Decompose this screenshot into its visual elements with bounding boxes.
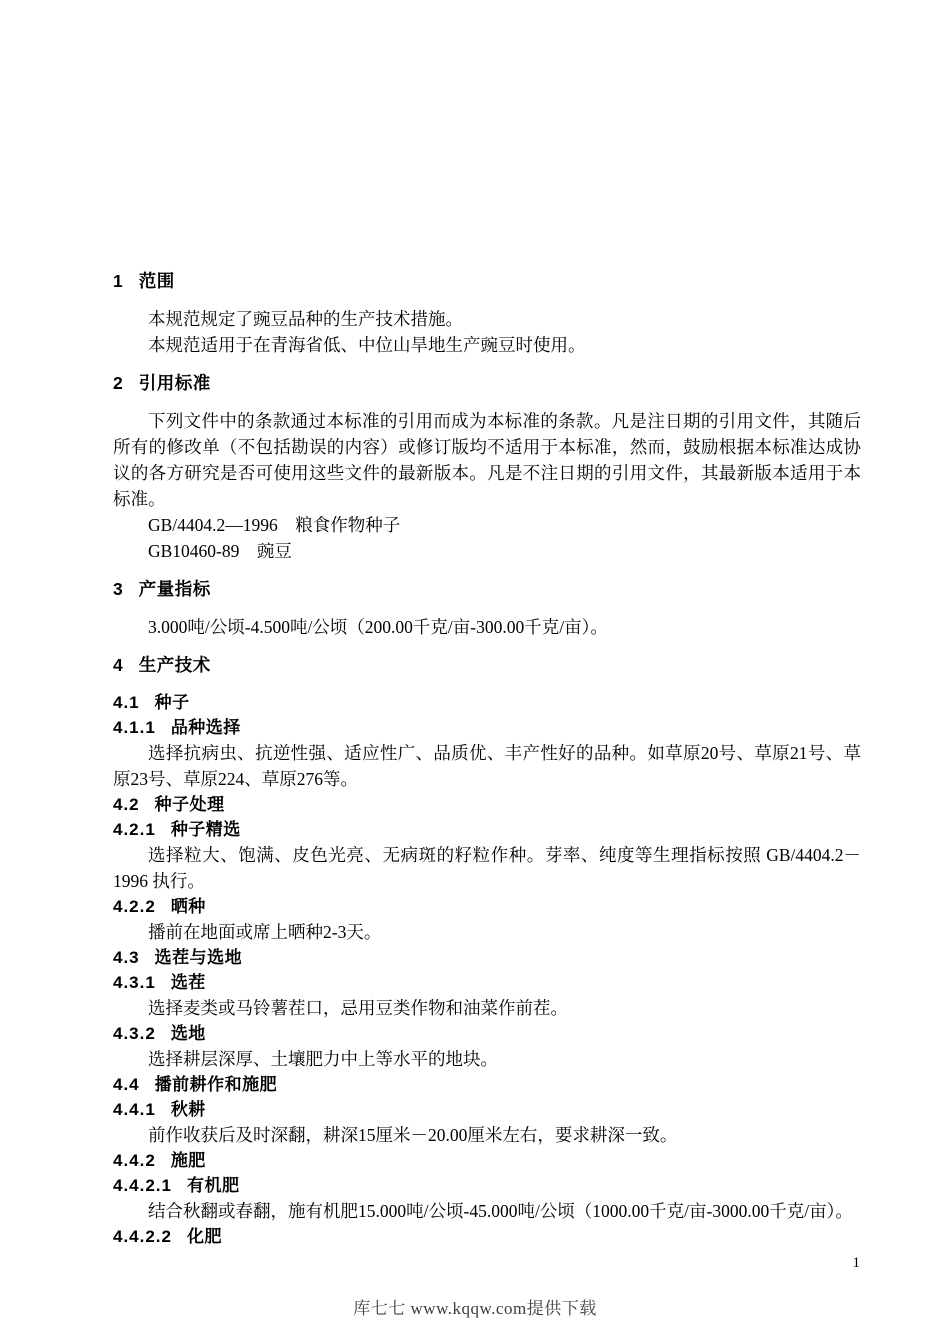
- heading-title: 选地: [171, 1024, 206, 1043]
- document-body: 1范围本规范规定了豌豆品种的生产技术措施。本规范适用于在青海省低、中位山旱地生产…: [113, 256, 861, 1249]
- reference-line: GB10460-89 豌豆: [113, 538, 861, 564]
- paragraph: 选择抗病虫、抗逆性强、适应性广、品质优、丰产性好的品种。如草原20号、草原21号…: [113, 740, 861, 792]
- heading-4.4.2.2: 4.4.2.2化肥: [113, 1224, 861, 1249]
- heading-title: 范围: [139, 271, 175, 291]
- heading-title: 生产技术: [139, 655, 211, 675]
- heading-1: 1范围: [113, 269, 861, 294]
- heading-title: 种子: [155, 693, 190, 712]
- heading-4.3.1: 4.3.1选茬: [113, 970, 861, 995]
- heading-title: 选茬: [171, 973, 206, 992]
- document-page: 1范围本规范规定了豌豆品种的生产技术措施。本规范适用于在青海省低、中位山旱地生产…: [0, 0, 950, 1344]
- heading-3: 3产量指标: [113, 577, 861, 602]
- heading-number: 4.4: [113, 1072, 140, 1097]
- heading-title: 种子精选: [171, 820, 241, 839]
- heading-number: 4.3.2: [113, 1021, 156, 1046]
- heading-title: 秋耕: [171, 1100, 206, 1119]
- heading-title: 种子处理: [155, 795, 225, 814]
- heading-number: 4.4.2: [113, 1148, 156, 1173]
- heading-number: 4.4.2.1: [113, 1173, 172, 1198]
- paragraph: 播前在地面或席上晒种2-3天。: [113, 919, 861, 945]
- paragraph: 前作收获后及时深翻，耕深15厘米－20.00厘米左右，要求耕深一致。: [113, 1122, 861, 1148]
- paragraph: 选择粒大、饱满、皮色光亮、无病斑的籽粒作种。芽率、纯度等生理指标按照 GB/44…: [113, 842, 861, 894]
- heading-title: 施肥: [171, 1151, 206, 1170]
- heading-4.2.2: 4.2.2晒种: [113, 894, 861, 919]
- heading-4.2: 4.2种子处理: [113, 792, 861, 817]
- paragraph: 选择麦类或马铃薯茬口，忌用豆类作物和油菜作前茬。: [113, 995, 861, 1021]
- heading-number: 4.3: [113, 945, 140, 970]
- paragraph: 选择耕层深厚、土壤肥力中上等水平的地块。: [113, 1046, 861, 1072]
- heading-4.3.2: 4.3.2选地: [113, 1021, 861, 1046]
- heading-4.1.1: 4.1.1品种选择: [113, 715, 861, 740]
- heading-4.2.1: 4.2.1种子精选: [113, 817, 861, 842]
- heading-title: 品种选择: [171, 718, 241, 737]
- heading-4.3: 4.3选茬与选地: [113, 945, 861, 970]
- heading-title: 引用标准: [139, 373, 211, 393]
- heading-number: 4.2.1: [113, 817, 156, 842]
- heading-4.4: 4.4播前耕作和施肥: [113, 1072, 861, 1097]
- heading-number: 4.1: [113, 690, 140, 715]
- heading-number: 4.2.2: [113, 894, 156, 919]
- heading-number: 4.4.2.2: [113, 1224, 172, 1249]
- paragraph: 下列文件中的条款通过本标准的引用而成为本标准的条款。凡是注日期的引用文件，其随后…: [113, 408, 861, 512]
- heading-number: 4.1.1: [113, 715, 156, 740]
- heading-number: 4.3.1: [113, 970, 156, 995]
- paragraph: 结合秋翻或春翻，施有机肥15.000吨/公顷-45.000吨/公顷（1000.0…: [113, 1198, 861, 1224]
- heading-number: 3: [113, 577, 124, 602]
- heading-number: 1: [113, 269, 124, 294]
- footer-watermark: 库七七 www.kqqw.com提供下载: [0, 1294, 950, 1319]
- heading-number: 4.2: [113, 792, 140, 817]
- heading-4: 4生产技术: [113, 653, 861, 678]
- heading-2: 2引用标准: [113, 371, 861, 396]
- heading-4.1: 4.1种子: [113, 690, 861, 715]
- heading-4.4.2: 4.4.2施肥: [113, 1148, 861, 1173]
- heading-number: 4.4.1: [113, 1097, 156, 1122]
- heading-number: 2: [113, 371, 124, 396]
- heading-4.4.1: 4.4.1秋耕: [113, 1097, 861, 1122]
- paragraph: 本规范规定了豌豆品种的生产技术措施。: [113, 306, 861, 332]
- heading-4.4.2.1: 4.4.2.1有机肥: [113, 1173, 861, 1198]
- heading-title: 选茬与选地: [155, 948, 243, 967]
- heading-title: 产量指标: [139, 579, 211, 599]
- paragraph: 3.000吨/公顷-4.500吨/公顷（200.00千克/亩-300.00千克/…: [113, 614, 861, 640]
- heading-title: 晒种: [171, 897, 206, 916]
- heading-title: 化肥: [187, 1227, 222, 1246]
- heading-title: 播前耕作和施肥: [155, 1075, 278, 1094]
- reference-line: GB/4404.2—1996 粮食作物种子: [113, 512, 861, 538]
- paragraph: 本规范适用于在青海省低、中位山旱地生产豌豆时使用。: [113, 332, 861, 358]
- heading-number: 4: [113, 653, 124, 678]
- heading-title: 有机肥: [187, 1176, 240, 1195]
- page-number: 1: [853, 1253, 861, 1273]
